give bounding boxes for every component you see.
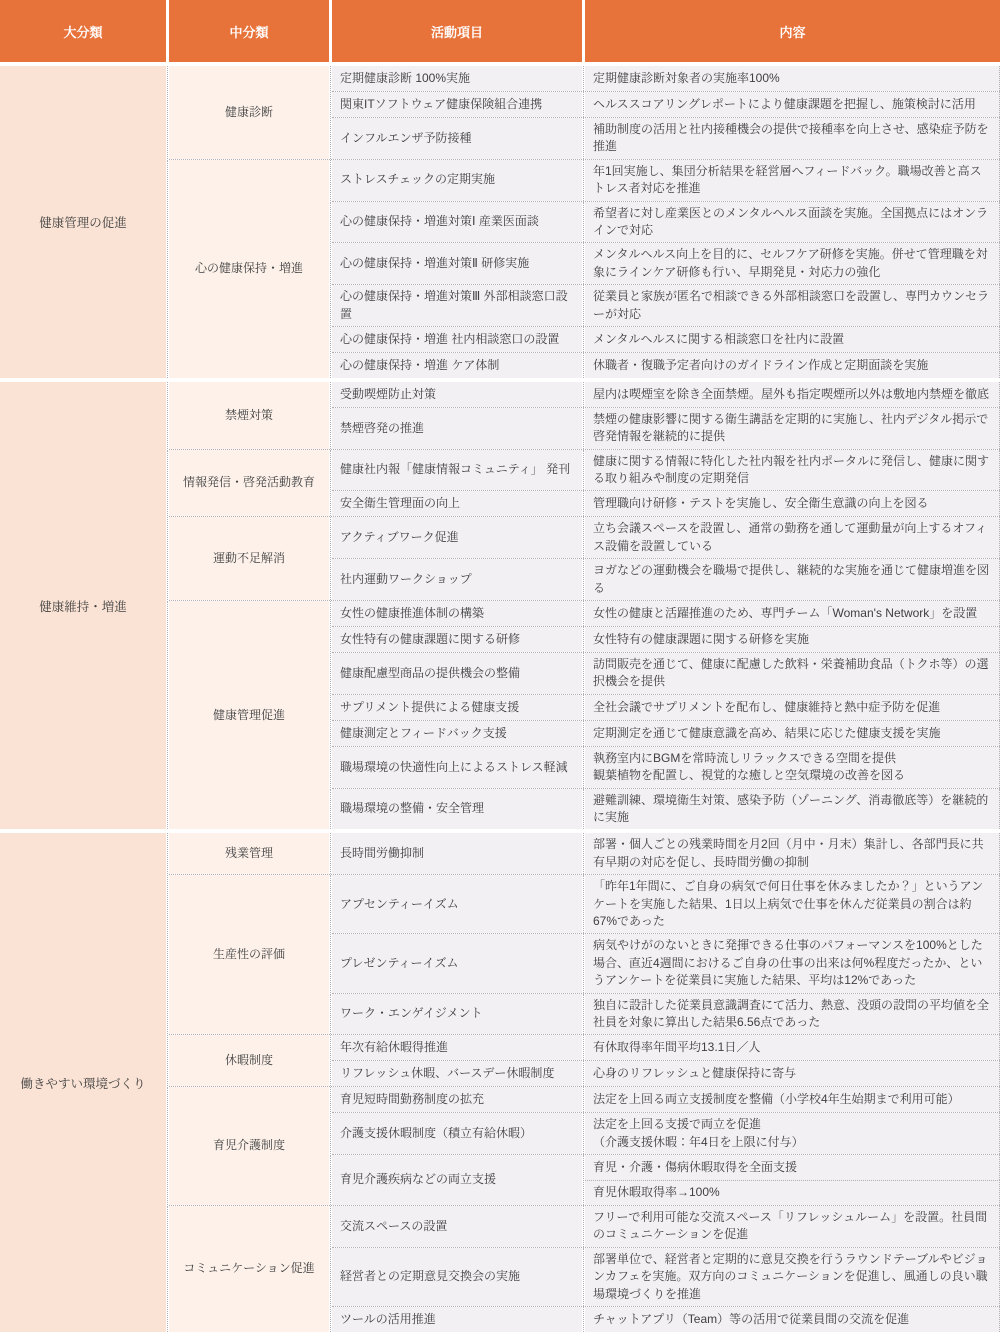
content-cell: 育児・介護・傷病休暇取得を全面支援 <box>585 1155 1000 1180</box>
content-line: ヨガなどの運動機会を職場で提供し、継続的な実施を通じて健康増進を図る <box>593 562 991 597</box>
table-row: 心の健康保持・増進 ケア体制休職者・復職予定者向けのガイドライン作成と定期面談を… <box>332 352 1000 378</box>
content-cell-group: 健康に関する情報に特化した社内報を社内ポータルに発信し、健康に関する取り組みや制… <box>585 450 1000 491</box>
table-row: 年次有給休暇得推進有休取得率年間平均13.1日／人 <box>332 1035 1000 1060</box>
content-line: 管理職向け研修・テストを実施し、安全衛生意識の向上を図る <box>593 495 991 512</box>
activity-cell: 交流スペースの設置 <box>332 1206 582 1247</box>
activity-cell: 心の健康保持・増進 社内相談窓口の設置 <box>332 327 582 352</box>
content-line: 部署・個人ごとの残業時間を月2回（月中・月末）集計し、各部門長に共有早期の対応を… <box>593 836 991 871</box>
content-cell-group: チャットアプリ（Team）等の活用で従業員間の交流を促進 <box>585 1307 1000 1332</box>
content-cell: 訪問販売を通じて、健康に配慮した飲料・栄養補助食品（トクホ等）の選択機会を提供 <box>585 653 1000 694</box>
content-cell: ヨガなどの運動機会を職場で提供し、継続的な実施を通じて健康増進を図る <box>585 559 1000 600</box>
content-cell-group: 屋内は喫煙室を除き全面禁煙。屋外も指定喫煙所以外は敷地内禁煙を徹底 <box>585 382 1000 407</box>
table-row: 経営者との定期意見交換会の実施部署単位で、経営者と定期的に意見交換を行うラウンド… <box>332 1247 1000 1306</box>
content-cell-group: 休職者・復職予定者向けのガイドライン作成と定期面談を実施 <box>585 353 1000 378</box>
header-cell-major-category: 大分類 <box>0 0 166 62</box>
table-row: 交流スペースの設置フリーで利用可能な交流スペース「リフレッシュルーム」を設置。社… <box>332 1206 1000 1247</box>
table-row: 心の健康保持・増進 社内相談窓口の設置メンタルヘルスに関する相談窓口を社内に設置 <box>332 326 1000 352</box>
content-cell: 病気やけがのないときに発揮できる仕事のパフォーマンスを100%とした場合、直近4… <box>585 934 1000 992</box>
table-row: 受動喫煙防止対策屋内は喫煙室を除き全面禁煙。屋外も指定喫煙所以外は敷地内禁煙を徹… <box>332 382 1000 407</box>
mid-category-group: コミュニケーション促進交流スペースの設置フリーで利用可能な交流スペース「リフレッ… <box>169 1205 1000 1332</box>
mid-category-cell: 休暇制度 <box>169 1035 329 1086</box>
content-cell-group: 育児・介護・傷病休暇取得を全面支援育児休暇取得率→100% <box>585 1155 1000 1205</box>
content-line: 女性特有の健康課題に関する研修を実施 <box>593 631 991 648</box>
content-cell: 独自に設計した従業員意識調査にて活力、熱意、没頭の設問の平均値を全社員を対象に算… <box>585 994 1000 1035</box>
activity-cell: 心の健康保持・増進対策Ⅰ 産業医面談 <box>332 202 582 243</box>
header-cell-mid-category: 中分類 <box>169 0 329 62</box>
activity-cell: 禁煙啓発の推進 <box>332 408 582 449</box>
table-row: 健康測定とフィードバック支援定期測定を通じて健康意識を高め、結果に応じた健康支援… <box>332 720 1000 746</box>
content-cell-group: 執務室内にBGMを常時流しリラックスできる空間を提供観葉植物を配置し、視覚的な癒… <box>585 747 1000 788</box>
activity-cell: 心の健康保持・増進対策Ⅱ 研修実施 <box>332 243 582 284</box>
content-cell: 有休取得率年間平均13.1日／人 <box>585 1035 1000 1060</box>
table-row: 職場環境の整備・安全管理避難訓練、環境衛生対策、感染予防（ゾーニング、消毒徹底等… <box>332 788 1000 830</box>
content-cell: 補助制度の活用と社内接種機会の提供で接種率を向上させ、感染症予防を推進 <box>585 118 1000 159</box>
table-row: プレゼンティーイズム病気やけがのないときに発揮できる仕事のパフォーマンスを100… <box>332 933 1000 992</box>
content-line: 「昨年1年間に、ご自身の病気で何日仕事を休みましたか？」というアンケートを実施し… <box>593 878 991 930</box>
content-line: 避難訓練、環境衛生対策、感染予防（ゾーニング、消毒徹底等）を継続的に実施 <box>593 792 991 827</box>
activity-cell: サプリメント提供による健康支援 <box>332 695 582 720</box>
mid-category-group: 健康診断定期健康診断 100%実施定期健康診断対象者の実施率100%関東ITソフ… <box>169 66 1000 159</box>
table-row: ワーク・エンゲイジメント独自に設計した従業員意識調査にて活力、熱意、没頭の設問の… <box>332 993 1000 1035</box>
activity-cell: 女性特有の健康課題に関する研修 <box>332 627 582 652</box>
mid-category-group: 生産性の評価アプセンティーイズム「昨年1年間に、ご自身の病気で何日仕事を休みまし… <box>169 874 1000 1034</box>
content-line: 病気やけがのないときに発揮できる仕事のパフォーマンスを100%とした場合、直近4… <box>593 937 991 989</box>
activity-cell: 育児短時間勤務制度の拡充 <box>332 1087 582 1112</box>
mid-category-cell: 生産性の評価 <box>169 875 329 1034</box>
content-cell: 部署・個人ごとの残業時間を月2回（月中・月末）集計し、各部門長に共有早期の対応を… <box>585 833 1000 874</box>
content-cell-group: 訪問販売を通じて、健康に配慮した飲料・栄養補助食品（トクホ等）の選択機会を提供 <box>585 653 1000 694</box>
content-line: 年1回実施し、集団分析結果を経営層へフィードバック。職場改善と高ストレス者対応を… <box>593 163 991 198</box>
content-cell: 健康に関する情報に特化した社内報を社内ポータルに発信し、健康に関する取り組みや制… <box>585 450 1000 491</box>
content-cell-group: 女性特有の健康課題に関する研修を実施 <box>585 627 1000 652</box>
activity-cell: 年次有給休暇得推進 <box>332 1035 582 1060</box>
table-row: 介護支援休暇制度（積立有給休暇）法定を上回る支援で両立を促進（介護支援休暇：年4… <box>332 1112 1000 1154</box>
content-cell-group: 女性の健康と活躍推進のため、専門チーム「Woman's Network」を設置 <box>585 601 1000 626</box>
table-row: 女性特有の健康課題に関する研修女性特有の健康課題に関する研修を実施 <box>332 626 1000 652</box>
content-line: 従業員と家族が匿名で相談できる外部相談窓口を設置し、専門カウンセラーが対応 <box>593 288 991 323</box>
activity-cell: 職場環境の整備・安全管理 <box>332 789 582 830</box>
content-line: 有休取得率年間平均13.1日／人 <box>593 1039 991 1056</box>
table-row: 関東ITソフトウェア健康保険組合連携ヘルススコアリングレポートにより健康課題を把… <box>332 91 1000 117</box>
content-cell-group: 禁煙の健康影響に関する衛生講話を定期的に実施し、社内デジタル掲示で啓発情報を継続… <box>585 408 1000 449</box>
table-row: 健康配慮型商品の提供機会の整備訪問販売を通じて、健康に配慮した飲料・栄養補助食品… <box>332 652 1000 694</box>
content-cell: メンタルヘルスに関する相談窓口を社内に設置 <box>585 327 1000 352</box>
content-cell: 女性特有の健康課題に関する研修を実施 <box>585 627 1000 652</box>
activity-cell: 心の健康保持・増進 ケア体制 <box>332 353 582 378</box>
table-row: 育児介護疾病などの両立支援育児・介護・傷病休暇取得を全面支援育児休暇取得率→10… <box>332 1154 1000 1205</box>
content-cell-group: ヘルススコアリングレポートにより健康課題を把握し、施策検討に活用 <box>585 92 1000 117</box>
content-cell: 法定を上回る両立支援制度を整備（小学校4年生始期まで利用可能） <box>585 1087 1000 1112</box>
mid-category-cell: 運動不足解消 <box>169 517 329 600</box>
mid-category-cell: 健康管理促進 <box>169 601 329 829</box>
mid-category-group: 健康管理促進女性の健康推進体制の構築女性の健康と活躍推進のため、専門チーム「Wo… <box>169 600 1000 829</box>
table-row: 健康社内報「健康情報コミュニティ」 発刊健康に関する情報に特化した社内報を社内ポ… <box>332 450 1000 491</box>
content-cell-group: 部署・個人ごとの残業時間を月2回（月中・月末）集計し、各部門長に共有早期の対応を… <box>585 833 1000 874</box>
group-rows: 残業管理長時間労働抑制部署・個人ごとの残業時間を月2回（月中・月末）集計し、各部… <box>169 833 1000 1332</box>
table-row: 女性の健康推進体制の構築女性の健康と活躍推進のため、専門チーム「Woman's … <box>332 601 1000 626</box>
content-cell: 心身のリフレッシュと健康保持に寄与 <box>585 1061 1000 1086</box>
table-row: 心の健康保持・増進対策Ⅰ 産業医面談希望者に対し産業医とのメンタルヘルス面談を実… <box>332 201 1000 243</box>
content-cell-group: 法定を上回る支援で両立を促進（介護支援休暇：年4日を上限に付与） <box>585 1113 1000 1154</box>
activity-cell: ストレスチェックの定期実施 <box>332 160 582 201</box>
subgroup-rows: 年次有給休暇得推進有休取得率年間平均13.1日／人リフレッシュ休暇、バースデー休… <box>332 1035 1000 1086</box>
content-line: メンタルヘルス向上を目的に、セルフケア研修を実施。併せて管理職を対象にラインケア… <box>593 246 991 281</box>
table-row: 職場環境の快適性向上によるストレス軽減執務室内にBGMを常時流しリラックスできる… <box>332 746 1000 788</box>
content-cell-group: 補助制度の活用と社内接種機会の提供で接種率を向上させ、感染症予防を推進 <box>585 118 1000 159</box>
subgroup-rows: ストレスチェックの定期実施年1回実施し、集団分析結果を経営層へフィードバック。職… <box>332 160 1000 378</box>
content-cell-group: 有休取得率年間平均13.1日／人 <box>585 1035 1000 1060</box>
activity-cell: 定期健康診断 100%実施 <box>332 66 582 91</box>
mid-category-cell: 育児介護制度 <box>169 1087 329 1205</box>
activity-cell: 長時間労働抑制 <box>332 833 582 874</box>
activity-cell: 心の健康保持・増進対策Ⅲ 外部相談窓口設置 <box>332 285 582 326</box>
table-row: 長時間労働抑制部署・個人ごとの残業時間を月2回（月中・月末）集計し、各部門長に共… <box>332 833 1000 874</box>
major-category-cell: 健康管理の促進 <box>0 66 166 378</box>
table-row: 安全衛生管理面の向上管理職向け研修・テストを実施し、安全衛生意識の向上を図る <box>332 490 1000 516</box>
activity-cell: 育児介護疾病などの両立支援 <box>332 1155 582 1205</box>
subgroup-rows: 交流スペースの設置フリーで利用可能な交流スペース「リフレッシュルーム」を設置。社… <box>332 1206 1000 1332</box>
content-line: 定期測定を通じて健康意識を高め、結果に応じた健康支援を実施 <box>593 725 991 742</box>
subgroup-rows: 定期健康診断 100%実施定期健康診断対象者の実施率100%関東ITソフトウェア… <box>332 66 1000 159</box>
mid-category-cell: 情報発信・啓発活動教育 <box>169 450 329 517</box>
table-row: 育児短時間勤務制度の拡充法定を上回る両立支援制度を整備（小学校4年生始期まで利用… <box>332 1087 1000 1112</box>
subgroup-rows: 健康社内報「健康情報コミュニティ」 発刊健康に関する情報に特化した社内報を社内ポ… <box>332 450 1000 517</box>
header-cell-content: 内容 <box>585 0 1000 62</box>
mid-category-group: 心の健康保持・増進ストレスチェックの定期実施年1回実施し、集団分析結果を経営層へ… <box>169 159 1000 378</box>
content-cell: チャットアプリ（Team）等の活用で従業員間の交流を促進 <box>585 1307 1000 1332</box>
subgroup-rows: アプセンティーイズム「昨年1年間に、ご自身の病気で何日仕事を休みましたか？」とい… <box>332 875 1000 1034</box>
content-line: 補助制度の活用と社内接種機会の提供で接種率を向上させ、感染症予防を推進 <box>593 121 991 156</box>
content-line: 希望者に対し産業医とのメンタルヘルス面談を実施。全国拠点にはオンラインで対応 <box>593 205 991 240</box>
group-rows: 健康診断定期健康診断 100%実施定期健康診断対象者の実施率100%関東ITソフ… <box>169 66 1000 378</box>
mid-category-cell: 禁煙対策 <box>169 382 329 449</box>
group-rows: 禁煙対策受動喫煙防止対策屋内は喫煙室を除き全面禁煙。屋外も指定喫煙所以外は敷地内… <box>169 382 1000 829</box>
content-cell: 女性の健康と活躍推進のため、専門チーム「Woman's Network」を設置 <box>585 601 1000 626</box>
content-line: 執務室内にBGMを常時流しリラックスできる空間を提供 <box>593 750 991 767</box>
content-cell: 定期健康診断対象者の実施率100% <box>585 66 1000 91</box>
content-line: 育児・介護・傷病休暇取得を全面支援 <box>593 1159 991 1176</box>
content-line: フリーで利用可能な交流スペース「リフレッシュルーム」を設置。社員間のコミュニケー… <box>593 1209 991 1244</box>
table-row: インフルエンザ予防接種補助制度の活用と社内接種機会の提供で接種率を向上させ、感染… <box>332 117 1000 159</box>
activity-cell: 社内運動ワークショップ <box>332 559 582 600</box>
content-cell-group: 定期測定を通じて健康意識を高め、結果に応じた健康支援を実施 <box>585 721 1000 746</box>
content-cell-group: 病気やけがのないときに発揮できる仕事のパフォーマンスを100%とした場合、直近4… <box>585 934 1000 992</box>
activity-cell: 職場環境の快適性向上によるストレス軽減 <box>332 747 582 788</box>
content-cell-group: 定期健康診断対象者の実施率100% <box>585 66 1000 91</box>
content-cell: 従業員と家族が匿名で相談できる外部相談窓口を設置し、専門カウンセラーが対応 <box>585 285 1000 326</box>
content-cell: 部署単位で、経営者と定期的に意見交換を行うラウンドテーブルやビジョンカフェを実施… <box>585 1248 1000 1306</box>
table-row: アクティブワーク促進立ち会議スペースを設置し、通常の勤務を通して運動量が向上する… <box>332 517 1000 558</box>
table-row: 心の健康保持・増進対策Ⅲ 外部相談窓口設置従業員と家族が匿名で相談できる外部相談… <box>332 284 1000 326</box>
content-cell: 年1回実施し、集団分析結果を経営層へフィードバック。職場改善と高ストレス者対応を… <box>585 160 1000 201</box>
content-line: 訪問販売を通じて、健康に配慮した飲料・栄養補助食品（トクホ等）の選択機会を提供 <box>593 656 991 691</box>
activity-cell: 介護支援休暇制度（積立有給休暇） <box>332 1113 582 1154</box>
content-cell: 禁煙の健康影響に関する衛生講話を定期的に実施し、社内デジタル掲示で啓発情報を継続… <box>585 408 1000 449</box>
content-cell-group: 従業員と家族が匿名で相談できる外部相談窓口を設置し、専門カウンセラーが対応 <box>585 285 1000 326</box>
content-cell: 休職者・復職予定者向けのガイドライン作成と定期面談を実施 <box>585 353 1000 378</box>
mid-category-cell: 心の健康保持・増進 <box>169 160 329 378</box>
activity-cell: ワーク・エンゲイジメント <box>332 994 582 1035</box>
activity-cell: アクティブワーク促進 <box>332 517 582 558</box>
major-category-cell: 健康維持・増進 <box>0 382 166 829</box>
content-line: 休職者・復職予定者向けのガイドライン作成と定期面談を実施 <box>593 357 991 374</box>
activity-cell: アプセンティーイズム <box>332 875 582 933</box>
subgroup-rows: アクティブワーク促進立ち会議スペースを設置し、通常の勤務を通して運動量が向上する… <box>332 517 1000 600</box>
content-cell: メンタルヘルス向上を目的に、セルフケア研修を実施。併せて管理職を対象にラインケア… <box>585 243 1000 284</box>
table-row: 禁煙啓発の推進禁煙の健康影響に関する衛生講話を定期的に実施し、社内デジタル掲示で… <box>332 407 1000 449</box>
table-row: ストレスチェックの定期実施年1回実施し、集団分析結果を経営層へフィードバック。職… <box>332 160 1000 201</box>
content-cell-group: メンタルヘルス向上を目的に、セルフケア研修を実施。併せて管理職を対象にラインケア… <box>585 243 1000 284</box>
content-line: 部署単位で、経営者と定期的に意見交換を行うラウンドテーブルやビジョンカフェを実施… <box>593 1251 991 1303</box>
content-cell: 屋内は喫煙室を除き全面禁煙。屋外も指定喫煙所以外は敷地内禁煙を徹底 <box>585 382 1000 407</box>
subgroup-rows: 長時間労働抑制部署・個人ごとの残業時間を月2回（月中・月末）集計し、各部門長に共… <box>332 833 1000 874</box>
content-cell-group: 立ち会議スペースを設置し、通常の勤務を通して運動量が向上するオフィス設備を設置し… <box>585 517 1000 558</box>
content-cell-group: 希望者に対し産業医とのメンタルヘルス面談を実施。全国拠点にはオンラインで対応 <box>585 202 1000 243</box>
content-line: チャットアプリ（Team）等の活用で従業員間の交流を促進 <box>593 1311 991 1328</box>
content-cell: 全社会議でサプリメントを配布し、健康維持と熱中症予防を促進 <box>585 695 1000 720</box>
subgroup-rows: 受動喫煙防止対策屋内は喫煙室を除き全面禁煙。屋外も指定喫煙所以外は敷地内禁煙を徹… <box>332 382 1000 449</box>
mid-category-cell: 残業管理 <box>169 833 329 874</box>
content-line: （介護支援休暇：年4日を上限に付与） <box>593 1134 991 1151</box>
content-line: 心身のリフレッシュと健康保持に寄与 <box>593 1065 991 1082</box>
major-category-group: 健康管理の促進健康診断定期健康診断 100%実施定期健康診断対象者の実施率100… <box>0 66 1000 378</box>
content-line: 育児休暇取得率→100% <box>593 1184 991 1201</box>
table-row: 心の健康保持・増進対策Ⅱ 研修実施メンタルヘルス向上を目的に、セルフケア研修を実… <box>332 242 1000 284</box>
content-cell-group: 法定を上回る両立支援制度を整備（小学校4年生始期まで利用可能） <box>585 1087 1000 1112</box>
content-line: 法定を上回る両立支援制度を整備（小学校4年生始期まで利用可能） <box>593 1091 991 1108</box>
content-line: 定期健康診断対象者の実施率100% <box>593 70 991 87</box>
content-line: 禁煙の健康影響に関する衛生講話を定期的に実施し、社内デジタル掲示で啓発情報を継続… <box>593 411 991 446</box>
activity-cell: リフレッシュ休暇、バースデー休暇制度 <box>332 1061 582 1086</box>
content-cell-group: 年1回実施し、集団分析結果を経営層へフィードバック。職場改善と高ストレス者対応を… <box>585 160 1000 201</box>
content-cell: 管理職向け研修・テストを実施し、安全衛生意識の向上を図る <box>585 491 1000 516</box>
mid-category-group: 禁煙対策受動喫煙防止対策屋内は喫煙室を除き全面禁煙。屋外も指定喫煙所以外は敷地内… <box>169 382 1000 449</box>
content-line: 観葉植物を配置し、視覚的な癒しと空気環境の改善を図る <box>593 767 991 784</box>
table-row: サプリメント提供による健康支援全社会議でサプリメントを配布し、健康維持と熱中症予… <box>332 694 1000 720</box>
activity-cell: 経営者との定期意見交換会の実施 <box>332 1248 582 1306</box>
content-line: 独自に設計した従業員意識調査にて活力、熱意、没頭の設問の平均値を全社員を対象に算… <box>593 997 991 1032</box>
major-category-group: 働きやすい環境づくり残業管理長時間労働抑制部署・個人ごとの残業時間を月2回（月中… <box>0 833 1000 1332</box>
mid-category-group: 育児介護制度育児短時間勤務制度の拡充法定を上回る両立支援制度を整備（小学校4年生… <box>169 1086 1000 1205</box>
table-body: 健康管理の促進健康診断定期健康診断 100%実施定期健康診断対象者の実施率100… <box>0 66 1000 1332</box>
content-line: 女性の健康と活躍推進のため、専門チーム「Woman's Network」を設置 <box>593 605 991 622</box>
content-cell-group: 「昨年1年間に、ご自身の病気で何日仕事を休みましたか？」というアンケートを実施し… <box>585 875 1000 933</box>
content-cell: 希望者に対し産業医とのメンタルヘルス面談を実施。全国拠点にはオンラインで対応 <box>585 202 1000 243</box>
content-cell: 法定を上回る支援で両立を促進（介護支援休暇：年4日を上限に付与） <box>585 1113 1000 1154</box>
activity-cell: 健康配慮型商品の提供機会の整備 <box>332 653 582 694</box>
activity-cell: インフルエンザ予防接種 <box>332 118 582 159</box>
table-header: 大分類 中分類 活動項目 内容 <box>0 0 1000 62</box>
activity-cell: プレゼンティーイズム <box>332 934 582 992</box>
activity-cell: 安全衛生管理面の向上 <box>332 491 582 516</box>
content-cell-group: 部署単位で、経営者と定期的に意見交換を行うラウンドテーブルやビジョンカフェを実施… <box>585 1248 1000 1306</box>
content-line: メンタルヘルスに関する相談窓口を社内に設置 <box>593 331 991 348</box>
table-row: 社内運動ワークショップヨガなどの運動機会を職場で提供し、継続的な実施を通じて健康… <box>332 558 1000 600</box>
content-line: 立ち会議スペースを設置し、通常の勤務を通して運動量が向上するオフィス設備を設置し… <box>593 520 991 555</box>
content-cell-group: ヨガなどの運動機会を職場で提供し、継続的な実施を通じて健康増進を図る <box>585 559 1000 600</box>
content-cell: フリーで利用可能な交流スペース「リフレッシュルーム」を設置。社員間のコミュニケー… <box>585 1206 1000 1247</box>
mid-category-group: 運動不足解消アクティブワーク促進立ち会議スペースを設置し、通常の勤務を通して運動… <box>169 516 1000 600</box>
content-cell: 定期測定を通じて健康意識を高め、結果に応じた健康支援を実施 <box>585 721 1000 746</box>
activity-cell: 健康社内報「健康情報コミュニティ」 発刊 <box>332 450 582 491</box>
content-cell-group: 独自に設計した従業員意識調査にて活力、熱意、没頭の設問の平均値を全社員を対象に算… <box>585 994 1000 1035</box>
content-cell-group: 全社会議でサプリメントを配布し、健康維持と熱中症予防を促進 <box>585 695 1000 720</box>
major-category-cell: 働きやすい環境づくり <box>0 833 166 1332</box>
table-row: ツールの活用推進チャットアプリ（Team）等の活用で従業員間の交流を促進 <box>332 1306 1000 1332</box>
mid-category-cell: コミュニケーション促進 <box>169 1206 329 1332</box>
content-cell: 執務室内にBGMを常時流しリラックスできる空間を提供観葉植物を配置し、視覚的な癒… <box>585 747 1000 788</box>
content-cell: ヘルススコアリングレポートにより健康課題を把握し、施策検討に活用 <box>585 92 1000 117</box>
mid-category-group: 残業管理長時間労働抑制部署・個人ごとの残業時間を月2回（月中・月末）集計し、各部… <box>169 833 1000 874</box>
content-cell-group: メンタルヘルスに関する相談窓口を社内に設置 <box>585 327 1000 352</box>
activity-cell: ツールの活用推進 <box>332 1307 582 1332</box>
table-row: アプセンティーイズム「昨年1年間に、ご自身の病気で何日仕事を休みましたか？」とい… <box>332 875 1000 933</box>
content-cell-group: 管理職向け研修・テストを実施し、安全衛生意識の向上を図る <box>585 491 1000 516</box>
activity-cell: 受動喫煙防止対策 <box>332 382 582 407</box>
mid-category-group: 休暇制度年次有給休暇得推進有休取得率年間平均13.1日／人リフレッシュ休暇、バー… <box>169 1034 1000 1086</box>
content-cell: 避難訓練、環境衛生対策、感染予防（ゾーニング、消毒徹底等）を継続的に実施 <box>585 789 1000 830</box>
content-cell-group: フリーで利用可能な交流スペース「リフレッシュルーム」を設置。社員間のコミュニケー… <box>585 1206 1000 1247</box>
content-line: 法定を上回る支援で両立を促進 <box>593 1116 991 1133</box>
content-line: 屋内は喫煙室を除き全面禁煙。屋外も指定喫煙所以外は敷地内禁煙を徹底 <box>593 386 991 403</box>
content-line: ヘルススコアリングレポートにより健康課題を把握し、施策検討に活用 <box>593 96 991 113</box>
header-cell-activity-item: 活動項目 <box>332 0 582 62</box>
mid-category-group: 情報発信・啓発活動教育健康社内報「健康情報コミュニティ」 発刊健康に関する情報に… <box>169 449 1000 517</box>
subgroup-rows: 育児短時間勤務制度の拡充法定を上回る両立支援制度を整備（小学校4年生始期まで利用… <box>332 1087 1000 1205</box>
activity-cell: 女性の健康推進体制の構築 <box>332 601 582 626</box>
activity-cell: 関東ITソフトウェア健康保険組合連携 <box>332 92 582 117</box>
major-category-group: 健康維持・増進禁煙対策受動喫煙防止対策屋内は喫煙室を除き全面禁煙。屋外も指定喫煙… <box>0 382 1000 829</box>
content-cell: 立ち会議スペースを設置し、通常の勤務を通して運動量が向上するオフィス設備を設置し… <box>585 517 1000 558</box>
table-row: 定期健康診断 100%実施定期健康診断対象者の実施率100% <box>332 66 1000 91</box>
content-cell-group: 心身のリフレッシュと健康保持に寄与 <box>585 1061 1000 1086</box>
subgroup-rows: 女性の健康推進体制の構築女性の健康と活躍推進のため、専門チーム「Woman's … <box>332 601 1000 829</box>
table-row: リフレッシュ休暇、バースデー休暇制度心身のリフレッシュと健康保持に寄与 <box>332 1060 1000 1086</box>
mid-category-cell: 健康診断 <box>169 66 329 159</box>
content-line: 全社会議でサプリメントを配布し、健康維持と熱中症予防を促進 <box>593 699 991 716</box>
activity-cell: 健康測定とフィードバック支援 <box>332 721 582 746</box>
content-cell: 「昨年1年間に、ご自身の病気で何日仕事を休みましたか？」というアンケートを実施し… <box>585 875 1000 933</box>
content-cell-group: 避難訓練、環境衛生対策、感染予防（ゾーニング、消毒徹底等）を継続的に実施 <box>585 789 1000 830</box>
content-line: 健康に関する情報に特化した社内報を社内ポータルに発信し、健康に関する取り組みや制… <box>593 453 991 488</box>
category-table: 大分類 中分類 活動項目 内容 健康管理の促進健康診断定期健康診断 100%実施… <box>0 0 1000 1337</box>
content-cell: 育児休暇取得率→100% <box>585 1180 1000 1205</box>
